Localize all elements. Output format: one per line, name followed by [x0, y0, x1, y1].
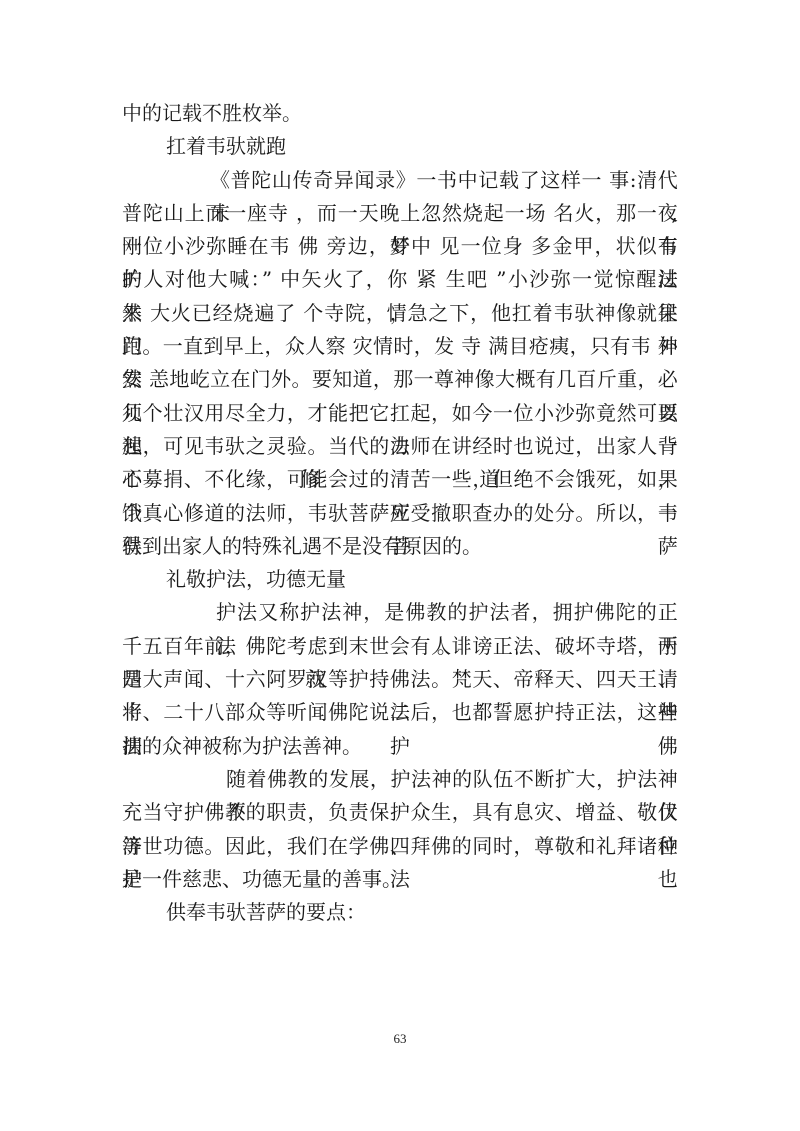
- paragraph-line: 《普陀山传奇异闻录》一书中记载了这样一 事:清代末 ,: [122, 164, 678, 197]
- line-text: 法的众神被称为护法善神。: [122, 730, 362, 763]
- heading-text: 礼敬护法，功德无量: [166, 563, 346, 596]
- paragraph-line: 将、二十八部众等听闻佛陀说法后，也都誓愿护持正法，这些拥护佛: [122, 696, 678, 729]
- line-text: 千五百年前，佛陀考虑到末世会有人诽谤正法、破坏寺塔，于是就 请: [122, 630, 678, 663]
- line-text: 是一件慈悲、功德无量的善事。: [122, 863, 402, 896]
- line-text: 几个壮汉用尽全力，才能把它扛起，如今一位小沙弥竟然可以独力背: [122, 397, 678, 430]
- paragraph-line: 然 大火已经烧遍了 个寺院，情急之下，他扛着韦驮神像就往门外: [122, 297, 678, 330]
- line-text: 跑。一直到早上，众人察 灾情时，发 寺 满目疮痍，只有韦 神 安: [122, 330, 678, 363]
- line-text: 中的记载不胜枚举。: [122, 97, 302, 130]
- paragraph-line: 普陀山上而一座寺 ，而一天晚上忽然烧起一场 名火，那一夜刚好有: [122, 197, 678, 230]
- heading-text: 供奉韦驮菩萨的要点：: [166, 896, 366, 929]
- section-heading-carry-weituo: 扛着韦驮就跑: [122, 130, 678, 163]
- page-number: 63: [0, 1031, 800, 1047]
- paragraph-line: 几个壮汉用尽全力，才能把它扛起，如今一位小沙弥竟然可以独力背: [122, 397, 678, 430]
- section-heading-respect-dharma-protectors: 礼敬护法，功德无量: [122, 563, 678, 596]
- line-text: 普陀山上而一座寺 ，而一天晚上忽然烧起一场 名火，那一夜刚好有: [122, 197, 678, 230]
- line-text: 四大声闻、十六阿罗汉等护持佛法。梵天、帝释天、四天王、十二神: [122, 663, 678, 696]
- paragraph-line: 四大声闻、十六阿罗汉等护持佛法。梵天、帝释天、四天王、十二神: [122, 663, 678, 696]
- paragraph-line: 起，可见韦驮之灵验。当代的法师在讲经时也说过，出家人一心修道，: [122, 430, 678, 463]
- line-text: 个真心修道的法师，韦驮菩萨应受撤职查办的处分。所以，韦驮菩萨: [122, 497, 678, 530]
- paragraph-line: 中的记载不胜枚举。: [122, 97, 678, 130]
- line-text: 济世功德。因此，我们在学佛、拜佛的同时，尊敬和礼拜诸位护法也: [122, 830, 678, 863]
- line-text: 随着佛教的发展，护法神的队伍不断扩大，护法神不仅: [226, 763, 678, 796]
- line-text: 《普陀山传奇异闻录》一书中记载了这样一 事:清代末 ,: [210, 164, 678, 197]
- paragraph-line: 一位小沙弥睡在韦 佛 旁边，梦中 见一位身 多金甲，状似韦 护法: [122, 230, 678, 263]
- line-text: 一位小沙弥睡在韦 佛 旁边，梦中 见一位身 多金甲，状似韦 护法: [122, 230, 678, 263]
- line-text: 的人对他大喊：” 中矢火了，你 紧 生吧 ”小沙弥一觉惊醒过来，果: [122, 263, 678, 296]
- document-page: 中的记载不胜枚举。 扛着韦驮就跑 《普陀山传奇异闻录》一书中记载了这样一 事:清…: [0, 0, 800, 1131]
- heading-text: 扛着韦驮就跑: [166, 130, 286, 163]
- document-body: 中的记载不胜枚举。 扛着韦驮就跑 《普陀山传奇异闻录》一书中记载了这样一 事:清…: [122, 97, 678, 929]
- paragraph-line: 的人对他大喊：” 中矢火了，你 紧 生吧 ”小沙弥一觉惊醒过来，果: [122, 263, 678, 296]
- line-text: 然 恙地屹立在门外。要知道，那一尊神像大概有几百斤重，必须要: [122, 363, 678, 396]
- line-text: 护法又称护法神，是佛教的护法者，拥护佛陀的正法。两: [216, 596, 678, 629]
- paragraph-line: 护法又称护法神，是佛教的护法者，拥护佛陀的正法。两: [122, 596, 678, 629]
- paragraph-line: 然 恙地屹立在门外。要知道，那一尊神像大概有几百斤重，必须要: [122, 363, 678, 396]
- paragraph-line: 充当守护佛教的职责，负责保护众生，具有息灾、增益、敬伏等四种: [122, 796, 678, 829]
- line-text: 起，可见韦驮之灵验。当代的法师在讲经时也说过，出家人一心修道，: [122, 430, 678, 463]
- paragraph-line: 济世功德。因此，我们在学佛、拜佛的同时，尊敬和礼拜诸位护法也: [122, 830, 678, 863]
- line-text: 得到出家人的特殊礼遇不是没有原因的。: [122, 530, 482, 563]
- paragraph-line: 千五百年前，佛陀考虑到末世会有人诽谤正法、破坏寺塔，于是就 请: [122, 630, 678, 663]
- section-heading-worship-points: 供奉韦驮菩萨的要点：: [122, 896, 678, 929]
- line-text: 充当守护佛教的职责，负责保护众生，具有息灾、增益、敬伏等四种: [122, 796, 678, 829]
- line-text: 不募捐、不化缘，可能会过的清苦一些，但绝不会饿死，如果饿死一: [122, 463, 678, 496]
- line-text: 然 大火已经烧遍了 个寺院，情急之下，他扛着韦驮神像就往门外: [122, 297, 678, 330]
- paragraph-line: 随着佛教的发展，护法神的队伍不断扩大，护法神不仅: [122, 763, 678, 796]
- paragraph-line: 不募捐、不化缘，可能会过的清苦一些，但绝不会饿死，如果饿死一: [122, 463, 678, 496]
- paragraph-line: 跑。一直到早上，众人察 灾情时，发 寺 满目疮痍，只有韦 神 安: [122, 330, 678, 363]
- paragraph-line: 个真心修道的法师，韦驮菩萨应受撤职查办的处分。所以，韦驮菩萨: [122, 497, 678, 530]
- line-text: 将、二十八部众等听闻佛陀说法后，也都誓愿护持正法，这些拥护佛: [122, 696, 678, 729]
